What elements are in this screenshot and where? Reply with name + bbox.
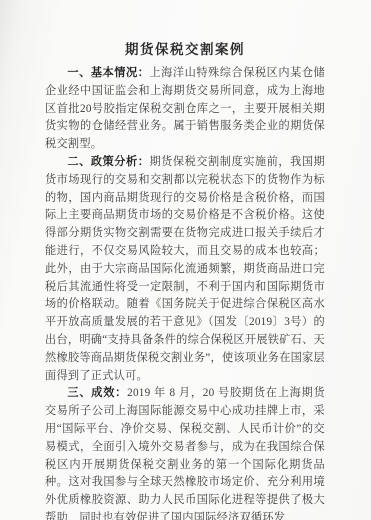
paragraph-policy-analysis: 二、政策分析：期货保税交割制度实施前，我国期货市场现行的交易和交割都以完税状态下… bbox=[45, 154, 325, 385]
document-content: 期货保税交割案例 一、基本情况：上海洋山特殊综合保税区内某仓储企业经中国证监会和… bbox=[45, 38, 325, 520]
paragraph-text: 期货保税交割制度实施前，我国期货市场现行的交易和交割都以完税状态下的货物作为标的… bbox=[45, 156, 325, 382]
paragraph-text: 上海洋山特殊综合保税区内某仓储企业经中国证监会和上海期货交易所同意，成为上海地区… bbox=[45, 67, 325, 150]
page-title: 期货保税交割案例 bbox=[45, 38, 325, 58]
paragraph-basic-situation: 一、基本情况：上海洋山特殊综合保税区内某仓储企业经中国证监会和上海期货交易所同意… bbox=[45, 65, 325, 154]
paragraph-heading: 二、政策分析： bbox=[67, 156, 149, 168]
paragraph-heading: 三、成效： bbox=[67, 387, 127, 399]
page-number: 18 bbox=[0, 480, 371, 486]
paragraph-text: 2019 年 8 月，20 号胶期货在上海期货交易所子公司上海国际能源交易中心成… bbox=[45, 387, 325, 520]
paragraph-heading: 一、基本情况： bbox=[67, 67, 149, 79]
document-page: 期货保税交割案例 一、基本情况：上海洋山特殊综合保税区内某仓储企业经中国证监会和… bbox=[0, 0, 371, 520]
paragraph-results: 三、成效：2019 年 8 月，20 号胶期货在上海期货交易所子公司上海国际能源… bbox=[45, 385, 325, 520]
